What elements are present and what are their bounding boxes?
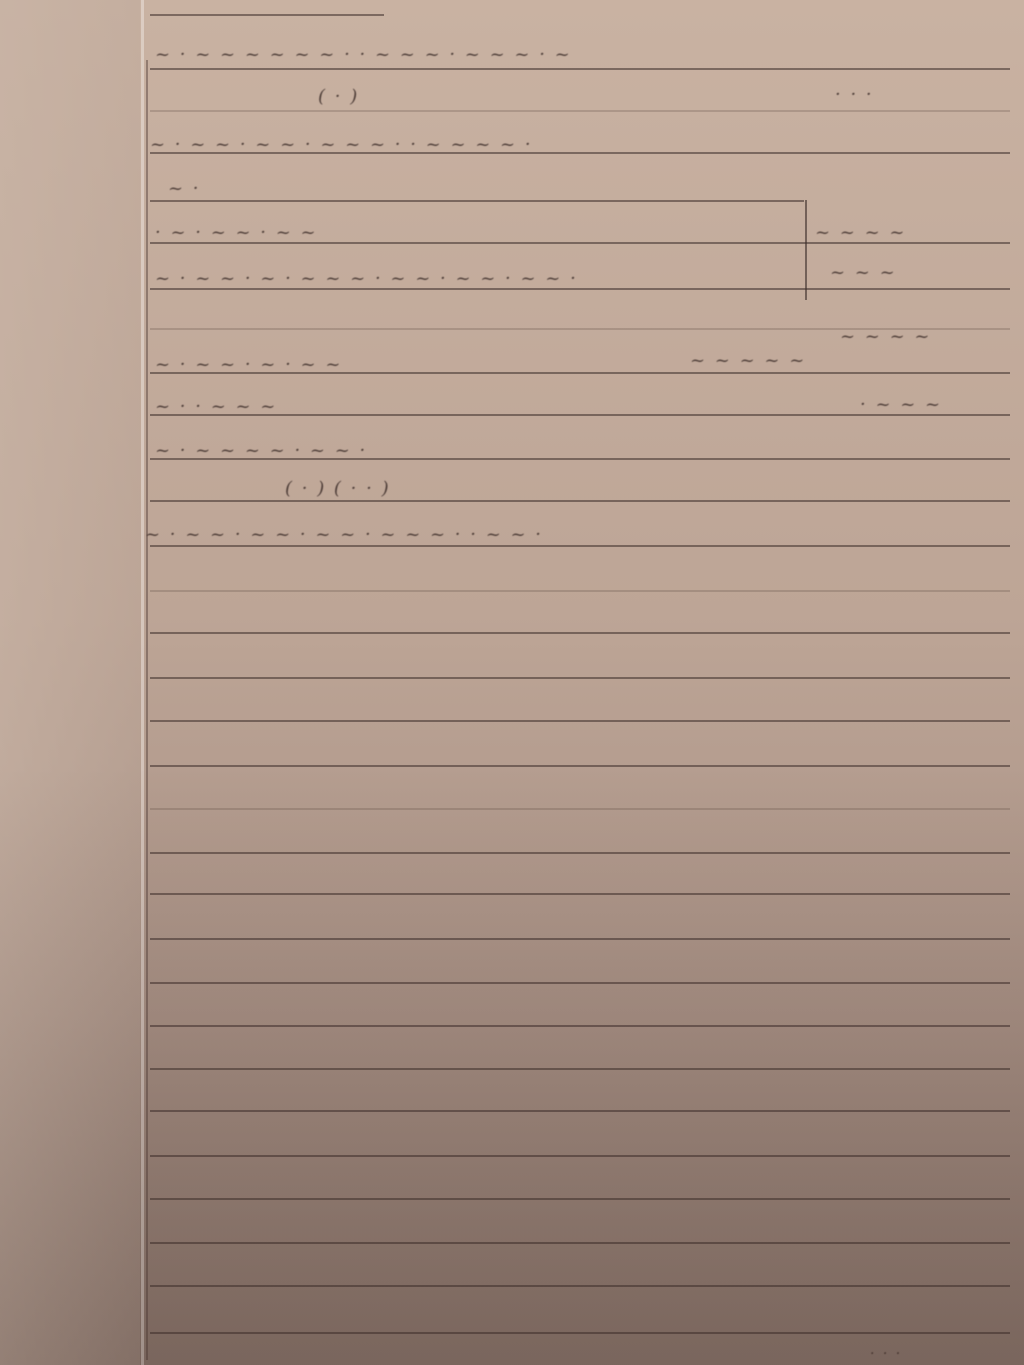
ruled-line — [150, 982, 1010, 984]
ruled-line — [150, 1332, 1010, 1334]
notebook-page: ~ · ~ ~ ~ ~ ~ ~ · · ~ ~ ~ · ~ ~ ~ · ~ ( … — [0, 0, 1024, 1365]
ruled-line — [150, 632, 1010, 634]
ruled-line — [150, 68, 1010, 70]
ruled-line — [150, 1025, 1010, 1027]
ruled-line — [150, 852, 1010, 854]
handwritten-annotation: · · · — [835, 84, 874, 105]
ruled-line — [150, 1155, 1010, 1157]
handwritten-annotation: ( · ) — [318, 86, 359, 107]
ruled-line — [150, 590, 1010, 592]
handwritten-line: · ~ · ~ ~ · ~ ~ — [155, 222, 318, 243]
bracket-mark — [805, 200, 807, 300]
side-note: ~ ~ ~ ~ — [815, 222, 907, 243]
ruled-line — [150, 765, 1010, 767]
handwritten-line: ~ · ~ ~ ~ ~ · ~ ~ · — [155, 440, 367, 461]
margin-rule — [141, 0, 144, 1365]
ruled-line — [150, 808, 1010, 810]
handwritten-line: ~ · · ~ ~ ~ — [155, 396, 277, 417]
corner-mark: · · · — [870, 1346, 902, 1362]
side-note: ~ ~ ~ — [830, 262, 897, 283]
ruled-line — [150, 938, 1010, 940]
side-note: ~ ~ ~ ~ ~ — [690, 350, 806, 371]
ruled-line — [150, 720, 1010, 722]
ruled-line — [150, 1110, 1010, 1112]
side-note: ~ ~ ~ ~ — [840, 326, 932, 347]
handwritten-line: ~ · ~ ~ · ~ ~ · ~ ~ · ~ ~ ~ · · ~ ~ · — [145, 524, 543, 545]
ruled-line — [150, 1198, 1010, 1200]
ruled-line — [150, 1068, 1010, 1070]
ruled-line — [150, 893, 1010, 895]
side-note: · ~ ~ ~ — [860, 394, 942, 415]
ruled-line — [150, 200, 804, 202]
handwritten-annotation: ( · ) ( · · ) — [285, 478, 391, 499]
ruled-line — [150, 1285, 1010, 1287]
page-left-margin — [0, 0, 140, 1365]
ruled-line — [150, 500, 1010, 502]
handwritten-line: ~ · — [168, 178, 201, 199]
margin-line — [146, 60, 148, 1360]
ruled-line — [150, 1242, 1010, 1244]
photo-shadow — [0, 765, 1024, 1365]
handwritten-line: ~ · ~ ~ · ~ · ~ ~ ~ · ~ ~ · ~ ~ · ~ ~ · — [155, 268, 578, 289]
handwritten-line: ~ · ~ ~ · ~ · ~ ~ — [155, 354, 342, 375]
ruled-line — [150, 677, 1010, 679]
ruled-line — [150, 110, 1010, 112]
ruled-line — [150, 545, 1010, 547]
handwritten-line: ~ · ~ ~ ~ ~ ~ ~ · · ~ ~ ~ · ~ ~ ~ · ~ — [155, 44, 572, 65]
ruled-line — [150, 14, 384, 16]
handwritten-line: ~ · ~ ~ · ~ ~ · ~ ~ ~ · · ~ ~ ~ ~ · — [150, 134, 533, 155]
